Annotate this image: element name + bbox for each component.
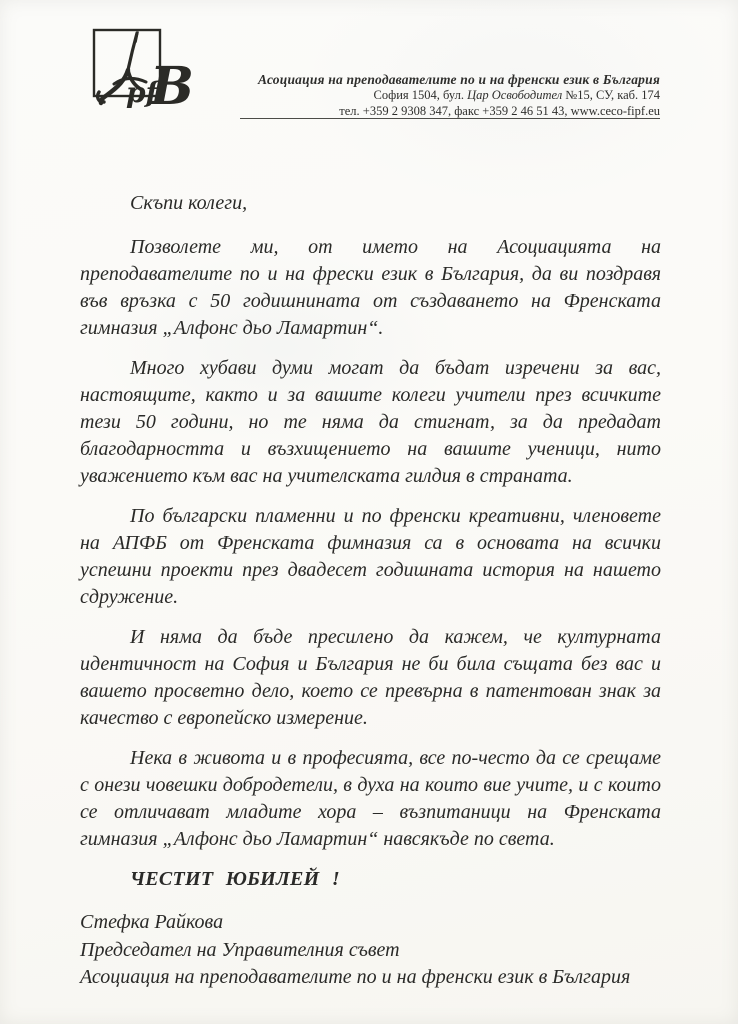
signature-name: Стефка Райкова — [80, 909, 661, 937]
paragraph-3: По български пламенни и по френски креат… — [80, 503, 661, 611]
org-name: Асоциация на преподавателите по и на фре… — [230, 72, 660, 88]
org-address-prefix: София 1504, бул. — [374, 88, 468, 102]
scanned-letter-page: pf B Асоциация на преподавателите по и н… — [0, 0, 738, 1024]
org-address: София 1504, бул. Цар Освободител №15, СУ… — [230, 88, 660, 104]
signature-organization: Асоциация на преподавателите по и на фре… — [80, 964, 661, 992]
org-address-suffix: №15, СУ, каб. 174 — [562, 88, 660, 102]
paragraph-1: Позволете ми, от името на Асоциацията на… — [80, 234, 661, 342]
letterhead: Асоциация на преподавателите по и на фре… — [230, 72, 660, 119]
closing-greeting: ЧЕСТИТ ЮБИЛЕЙ ! — [80, 866, 661, 893]
paragraph-4: И няма да бъде пресилено да кажем, че ку… — [80, 624, 661, 732]
letterhead-divider — [240, 118, 660, 119]
apfb-logo: pf B — [90, 26, 200, 118]
letter-body: Скъпи колеги, Позволете ми, от името на … — [80, 190, 661, 992]
signature-title: Председател на Управителния съвет — [80, 937, 661, 965]
org-contacts: тел. +359 2 9308 347, факс +359 2 46 51 … — [230, 104, 660, 120]
org-address-street: Цар Освободител — [467, 88, 562, 102]
salutation: Скъпи колеги, — [80, 190, 661, 217]
eiffel-tower-logo-icon: pf B — [90, 26, 200, 118]
paragraph-5: Нека в живота и в професията, все по-чес… — [80, 745, 661, 853]
signature-block: Стефка Райкова Председател на Управителн… — [80, 909, 661, 992]
logo-letter-b: B — [148, 56, 194, 117]
paragraph-2: Много хубави думи могат да бъдат изречен… — [80, 355, 661, 490]
